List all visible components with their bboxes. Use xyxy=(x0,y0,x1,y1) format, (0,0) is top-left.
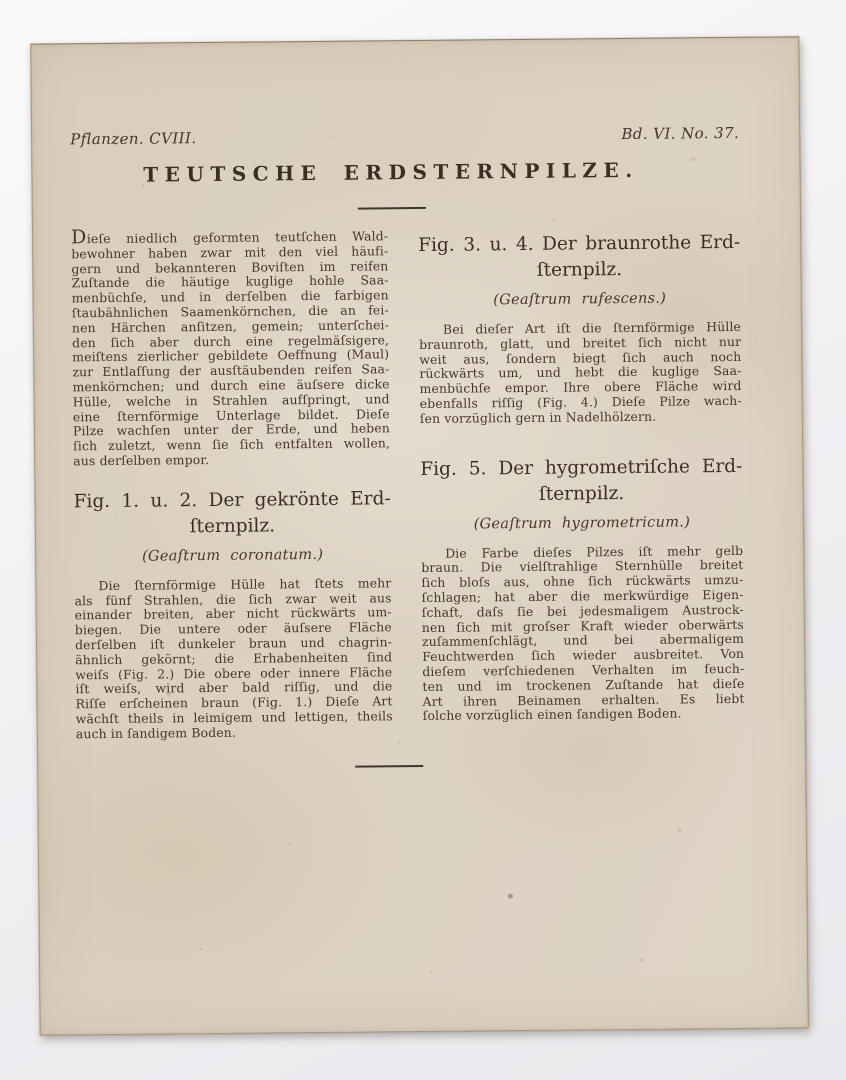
paper-speckles xyxy=(31,45,33,47)
text-columns: Dieſe niedlich geformten teutſchen Wald-… xyxy=(71,226,745,742)
photo-backdrop: Pflanzen. CVIII. Bd. VI. No. 37. TEUTSCH… xyxy=(0,0,846,1080)
fig5-species-name: (Geaſtrum hygrometricum.) xyxy=(421,512,743,533)
running-header: Pflanzen. CVIII. Bd. VI. No. 37. xyxy=(70,124,739,148)
text-line: ſolche vorzüglich einen ſandigen Boden. xyxy=(423,706,745,724)
fig12-heading-line2: ſternpilz. xyxy=(74,512,391,541)
title-divider-rule xyxy=(357,207,425,210)
left-column: Dieſe niedlich geformten teutſchen Wald-… xyxy=(71,229,393,742)
fig34-heading: Fig. 3. u. 4. Der braunrothe Erd- ſternp… xyxy=(418,230,740,285)
fig5-heading-line1: Fig. 5. Der hygrometriſche Erd- xyxy=(420,453,742,482)
fig12-heading-line1: Fig. 1. u. 2. Der gekrönte Erd- xyxy=(74,486,391,515)
fig5-heading: Fig. 5. Der hygrometriſche Erd- ſternpil… xyxy=(420,453,742,508)
fig12-species-name: (Geaſtrum coronatum.) xyxy=(74,545,391,566)
intro-paragraph: Dieſe niedlich geformten teutſchen Wald-… xyxy=(71,229,390,469)
fig34-species-name: (Geaſtrum rufescens.) xyxy=(419,289,741,310)
right-column: Fig. 3. u. 4. Der braunrothe Erd- ſternp… xyxy=(418,226,745,739)
fig5-paragraph: Die Farbe dieſes Pilzes iſt mehr gelbbra… xyxy=(421,543,745,724)
end-divider-rule xyxy=(355,764,423,767)
header-volume-number: Bd. VI. No. 37. xyxy=(621,124,739,143)
fig12-heading: Fig. 1. u. 2. Der gekrönte Erd- ſternpil… xyxy=(74,486,391,541)
page-title: TEUTSCHE ERDSTERNPILZE. xyxy=(56,157,725,187)
fig5-heading-line2: ſternpilz. xyxy=(420,479,742,508)
text-line: ſen vorzüglich gern in Nadelhölzern. xyxy=(420,409,742,427)
header-plate-number: Pflanzen. CVIII. xyxy=(70,129,196,148)
fig34-heading-line1: Fig. 3. u. 4. Der braunrothe Erd- xyxy=(418,230,740,259)
scanned-page: Pflanzen. CVIII. Bd. VI. No. 37. TEUTSCH… xyxy=(30,36,808,1035)
fig12-paragraph: Die ſternförmige Hülle hat ſtets mehrals… xyxy=(74,576,393,742)
text-line: aus derſelben empor. xyxy=(73,451,390,469)
fig34-heading-line2: ſternpilz. xyxy=(418,256,740,285)
text-line: ſich zuletzt, wenn ſie ſich entfalten wo… xyxy=(73,436,390,454)
text-line: auch in ſandigem Boden. xyxy=(76,724,393,742)
fig34-paragraph: Bei dieſer Art iſt die ſternförmige Hüll… xyxy=(419,320,742,427)
